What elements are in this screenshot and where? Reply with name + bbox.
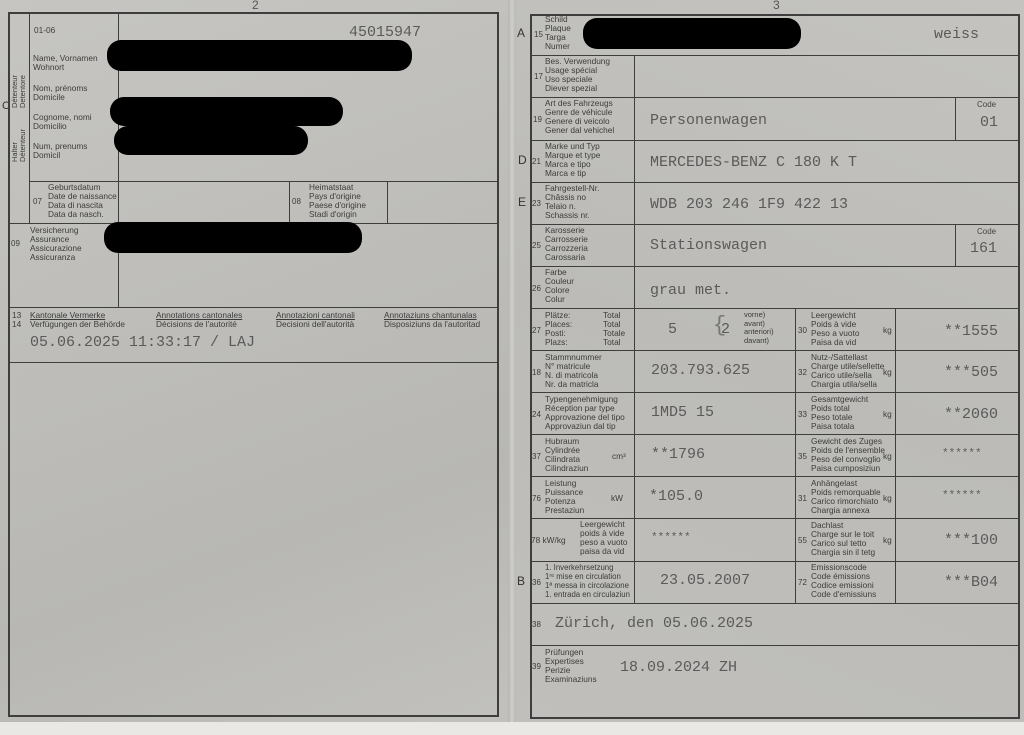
frame-line [530,645,1020,646]
frame-line [8,12,498,14]
field-55-label: Dachlast Charge sur le toit Carico sul t… [811,521,875,557]
page-number-left: 2 [252,0,259,12]
field-27-label: Plätze: Places: Posti: Plazs: [545,311,572,347]
decisions-it: Decisioni dell'autorità [276,320,354,329]
displacement-value: **1796 [651,446,705,463]
frame-line [530,14,532,718]
field-26-number: 26 [532,284,541,293]
field-78-label: Leergewicht poids à vide peso a vuoto pa… [580,520,628,556]
field-36-number: 36 [532,578,541,587]
holder-label-rm: Num, prenums Domicil [33,142,87,160]
frame-line [289,181,290,223]
field-15-letter: A [517,26,525,40]
page-fold [508,0,516,735]
frame-line [530,350,1020,351]
field-32-number: 32 [798,368,807,377]
field-35-label: Gewicht des Zuges Poids de l'ensemble Pe… [811,437,885,473]
field-27-total-label: Total Total Totale Total [603,311,625,347]
field-21-label: Marke und Typ Marque et type Marca e tip… [545,142,600,178]
field-08-number: 08 [292,197,301,206]
roof-load-value: ***100 [944,532,998,549]
field-24-number: 24 [532,410,541,419]
cantonal-annotation-value: 05.06.2025 11:33:17 / LAJ [30,334,255,351]
field-37-unit: cm³ [612,452,626,461]
field-55-unit: kg [883,536,892,545]
field-26-label: Farbe Couleur Colore Colur [545,268,574,304]
field-72-label: Emissionscode Code émissions Codice emis… [811,563,876,599]
frame-line [530,434,1020,435]
frame-line [530,561,1020,562]
field-31-number: 31 [798,494,807,503]
field-78-number: 78 kW/kg [531,536,566,545]
field-30-unit: kg [883,326,892,335]
body-type-code: 161 [970,240,997,257]
field-14-number: 14 [12,320,21,329]
field-25-label: Karosserie Carrosserie Carrozzeria Caros… [545,226,588,262]
holder-label-fr: Nom, prénoms Domicile [33,84,87,102]
frame-line [1018,14,1020,718]
field-76-number: 76 [532,494,541,503]
master-number-value: 203.793.625 [651,362,750,379]
field-32-label: Nutz-/Sattellast Charge utile/sellette C… [811,353,884,389]
frame-line [8,12,10,717]
field-17-number: 17 [534,72,543,81]
empty-weight-value: **1555 [944,323,998,340]
power-value: *105.0 [649,488,703,505]
frame-line [955,224,956,266]
document-number: 45015947 [349,24,421,41]
field-09-label: Versicherung Assurance Assicurazione Ass… [30,226,82,262]
frame-line [530,14,1020,16]
field-55-number: 55 [798,536,807,545]
seats-front-label: vorne) avant) anteriori) davant) [744,311,774,345]
payload-value: ***505 [944,364,998,381]
page-number-right: 3 [773,0,780,12]
field-35-number: 35 [798,452,807,461]
field-36-label: 1. Inverkehrsetzung 1ʳᵉ mise en circulat… [545,563,630,599]
field-72-number: 72 [798,578,807,587]
redaction-insurance [104,222,362,253]
redaction-plate-number [583,18,801,49]
field-25-number: 25 [532,241,541,250]
field-19-number: 19 [533,115,542,124]
make-model-value: MERCEDES-BENZ C 180 K T [650,154,857,171]
frame-line [530,476,1020,477]
field-39-label: Prüfungen Expertises Perizie Examinaziun… [545,648,597,684]
frame-line [795,308,796,603]
frame-line [530,266,1020,267]
vehicle-type-code-label: Code [977,100,996,109]
field-18-number: 18 [532,368,541,377]
field-27-number: 27 [532,326,541,335]
vehicle-type-value: Personenwagen [650,112,767,129]
frame-line [29,12,30,224]
field-38-number: 38 [532,620,541,629]
frame-line [530,224,1020,225]
first-registration-value: 23.05.2007 [660,572,750,589]
body-type-code-label: Code [977,227,996,236]
field-31-label: Anhängelast Poids remorquable Carico rim… [811,479,881,515]
field-09-number: 09 [11,239,20,248]
field-23-letter: E [518,195,526,209]
decisions-fr: Décisions de l'autorité [156,320,237,329]
field-37-label: Hubraum Cylindrée Cilindrata Cilindraziu… [545,437,588,473]
field-07-number: 07 [33,197,42,206]
field-15-number: 15 [534,30,543,39]
gross-weight-value: **2060 [944,406,998,423]
field-33-number: 33 [798,410,807,419]
field-35-unit: kg [883,452,892,461]
frame-line [530,308,1020,309]
field-19-label: Art des Fahrzeugs Genre de véhicule Gene… [545,99,614,135]
field-07-label: Geburtsdatum Date de naissance Data di n… [48,183,117,219]
seats-total-value: 5 [668,321,677,338]
vehicle-type-code: 01 [980,114,998,131]
frame-line [497,12,499,717]
field-08-label: Heimatstaat Pays d'origine Paese d'origi… [309,183,366,219]
frame-line [8,362,498,363]
field-24-label: Typengenehmigung Réception par type Appr… [545,395,625,431]
redaction-holder-address-2 [114,126,308,155]
frame-line [530,717,1020,719]
color-value: grau met. [650,282,731,299]
field-33-label: Gesamtgewicht Poids total Peso totale Pa… [811,395,868,431]
scan-bottom-edge [0,722,1024,735]
frame-line [530,392,1020,393]
frame-line [955,97,956,140]
field-30-number: 30 [798,326,807,335]
field-17-label: Bes. Verwendung Usage spécial Uso specia… [545,57,610,93]
emission-code-value: ***B04 [944,574,998,591]
field-32-unit: kg [883,368,892,377]
field-21-letter: D [518,153,527,167]
field-30-label: Leergewicht Poids à vide Peso a vuoto Pa… [811,311,859,347]
frame-line [8,715,498,717]
type-approval-value: 1MD5 15 [651,404,714,421]
inspection-value: 18.09.2024 ZH [620,659,737,676]
frame-line [895,308,896,603]
seats-front-value: 2 [721,321,730,338]
field-39-number: 39 [532,662,541,671]
train-weight-value: ****** [942,448,982,460]
redaction-holder-address [110,97,343,126]
holder-vertical-label: Détenteur Detentore [11,75,27,108]
field-37-number: 37 [532,452,541,461]
field-36-letter: B [517,574,525,588]
field-18-label: Stammnummer N° matricule N. di matricola… [545,353,602,389]
power-weight-ratio-value: ****** [651,532,691,544]
holder-label-de: Name, Vornamen Wohnort [33,54,98,72]
trailer-load-value: ****** [942,490,982,502]
frame-line [530,140,1020,141]
body-type-value: Stationswagen [650,237,767,254]
redaction-holder-name [107,40,412,71]
frame-line [530,182,1020,183]
field-76-label: Leistung Puissance Potenza Prestaziun [545,479,584,515]
field-76-unit: kW [611,494,623,503]
frame-line [8,307,498,308]
field-15-label: Schild Plaque Targa Numer [545,15,571,51]
field-01-06-number: 01-06 [34,26,55,35]
field-23-label: Fahrgestell-Nr. Châssis no Telaio n. Sch… [545,184,599,220]
frame-line [387,181,388,223]
field-33-unit: kg [883,410,892,419]
holder-label-it: Cognome, nomi Domicilio [33,113,92,131]
issue-place-date-value: Zürich, den 05.06.2025 [555,615,753,632]
plate-color-value: weiss [934,26,979,43]
field-31-unit: kg [883,494,892,503]
frame-line [634,55,635,603]
field-23-number: 23 [532,199,541,208]
field-21-number: 21 [532,157,541,166]
decisions-rm: Disposiziuns da l'autoritad [384,320,480,329]
chassis-number-value: WDB 203 246 1F9 422 13 [650,196,848,213]
decisions-de: Verfügungen der Behörde [30,320,125,329]
frame-line [530,603,1020,604]
holder-vertical-label: Halter Détenteur [11,129,27,162]
